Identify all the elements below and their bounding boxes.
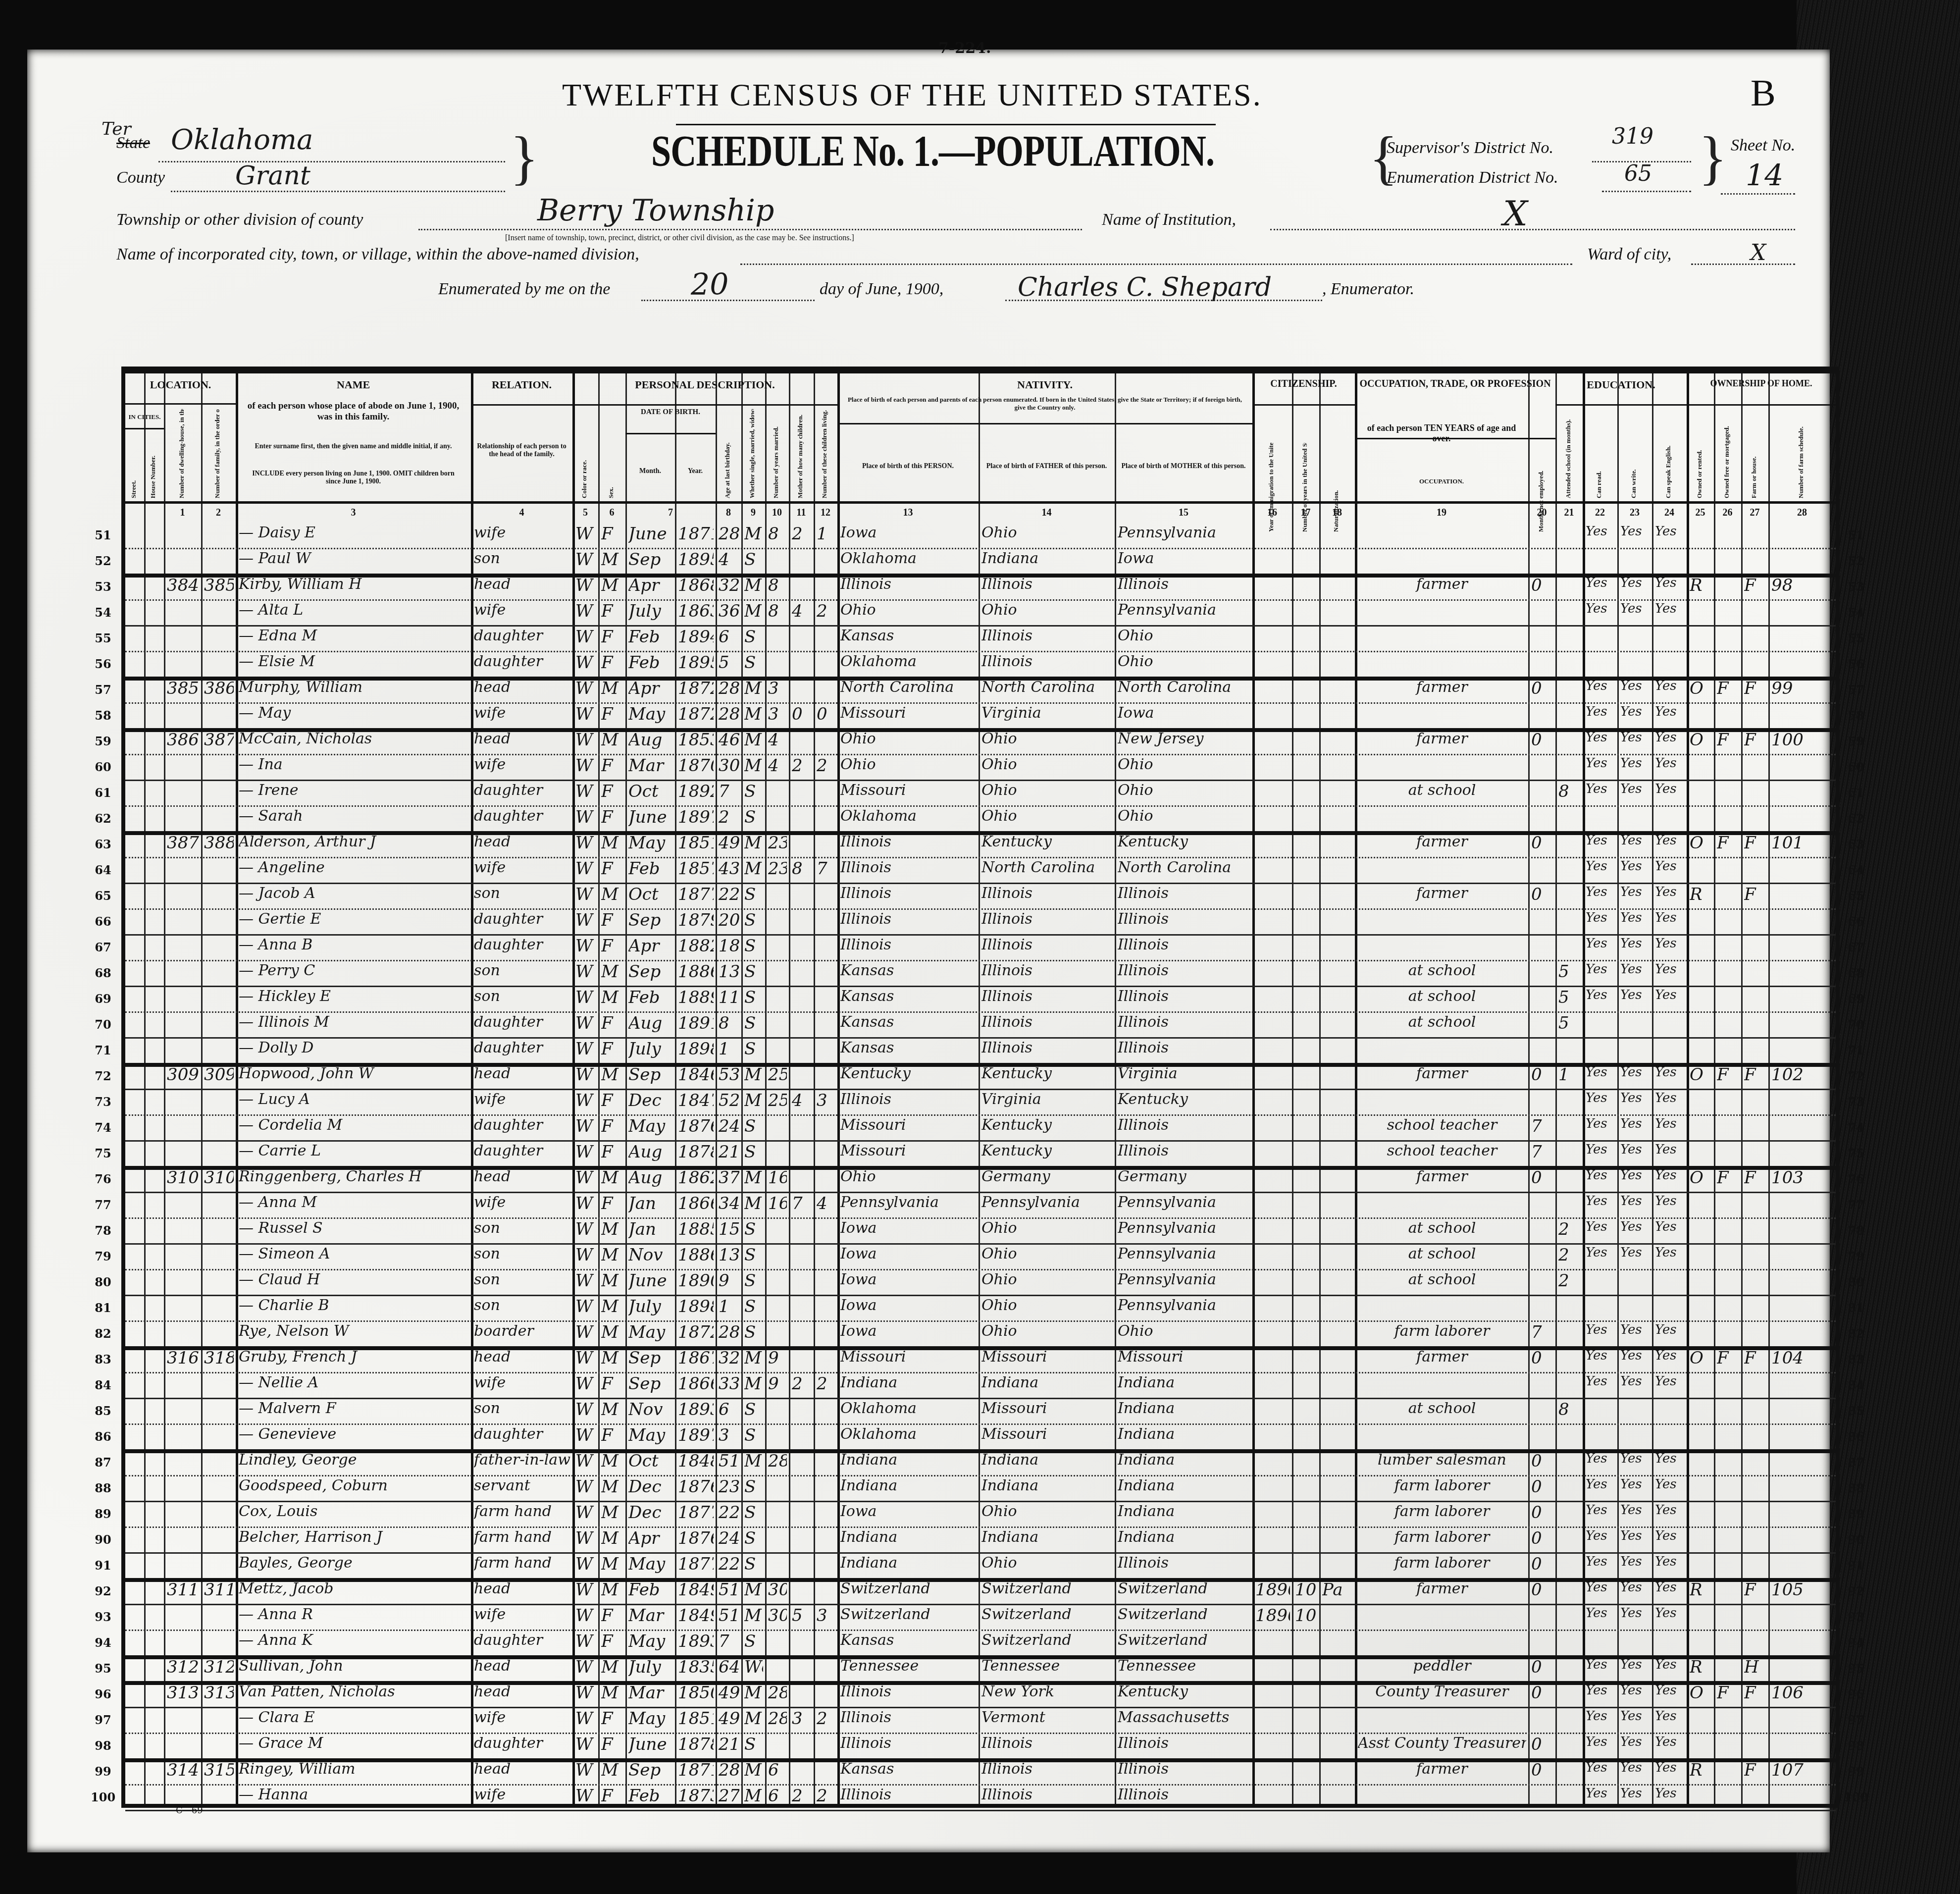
- table-row: — Daisy EwifeWFJune187128M821IowaOhioPen…: [125, 522, 1836, 549]
- cell-bp: Missouri: [840, 1142, 977, 1159]
- cell-year: 1872: [678, 704, 714, 724]
- cell-month: Nov: [628, 1245, 673, 1265]
- cell-color: W: [575, 859, 596, 879]
- cell-age: 15: [719, 1219, 739, 1239]
- line-number-left: 98: [91, 1738, 115, 1753]
- cell-name: — Gertie E: [239, 910, 469, 928]
- column-number: 17: [1296, 507, 1316, 519]
- cell-fam: 315: [204, 1760, 234, 1780]
- vertical-header-imm: Year of immigration to the United States…: [1267, 443, 1275, 532]
- township-note: [Insert name of township, town, precinct…: [505, 234, 854, 243]
- enumerated-suffix: day of June, 1900,: [820, 280, 943, 299]
- cell-mar: M: [744, 601, 763, 621]
- cell-mu: 0: [1531, 1503, 1553, 1523]
- sheet-line: [1721, 193, 1795, 195]
- line-number-right: 69: [1844, 992, 1868, 1006]
- cell-dw: 316: [167, 1348, 199, 1368]
- date-of-birth-header: DATE OF BIRTH.: [625, 408, 716, 417]
- vertical-header-color: Color or race.: [580, 409, 588, 498]
- cell-rel: daughter: [474, 807, 570, 825]
- cell-month: Feb: [628, 988, 673, 1007]
- line-number-left: 53: [91, 579, 115, 594]
- table-row: — HannawifeWFFeb187327M622IllinoisIllino…: [125, 1784, 1836, 1811]
- schedule-title: SCHEDULE No. 1.—POPULATION.: [651, 126, 1214, 176]
- table-row: — Anna BdaughterWFApr188218SIllinoisIlli…: [125, 934, 1836, 961]
- cell-cl: 2: [817, 601, 835, 621]
- cell-sch: 2: [1558, 1219, 1581, 1239]
- cell-en: Yes: [1655, 704, 1685, 719]
- line-number-right: 92: [1844, 1584, 1868, 1598]
- table-row: 387388Alderson, Arthur JheadWMMay185149M…: [125, 831, 1836, 858]
- cell-mbp: Iowa: [1118, 550, 1250, 567]
- cell-color: W: [575, 1683, 596, 1703]
- cell-sex: M: [601, 679, 623, 698]
- cell-fbp: Indiana: [981, 550, 1113, 567]
- cell-color: W: [575, 1271, 596, 1291]
- column-number: 23: [1625, 507, 1645, 519]
- line-number-right: 95: [1844, 1661, 1868, 1676]
- cell-sex: M: [601, 1760, 623, 1780]
- cell-mbp: Pennsylvania: [1118, 524, 1250, 541]
- line-number-left: 64: [91, 863, 115, 877]
- cell-age: 22: [719, 1503, 739, 1523]
- group-name: NAME: [236, 378, 471, 391]
- state-prefix: Ter: [102, 119, 131, 139]
- cell-mar: M: [744, 576, 763, 595]
- cell-age: 7: [719, 782, 739, 801]
- cell-en: Yes: [1655, 1322, 1685, 1337]
- cell-rd: Yes: [1586, 1374, 1615, 1389]
- cell-color: W: [575, 1554, 596, 1574]
- cell-sex: M: [601, 1451, 623, 1471]
- cell-wr: Yes: [1620, 1657, 1650, 1672]
- cell-ym: 23: [768, 859, 787, 879]
- cell-fs: 101: [1771, 833, 1834, 853]
- vertical-header-house: House Number.: [149, 409, 157, 498]
- institution-line: [1270, 229, 1795, 230]
- cell-en: Yes: [1655, 1683, 1685, 1698]
- cell-mbp: Ohio: [1118, 807, 1250, 825]
- cell-month: Sep: [628, 962, 673, 982]
- cell-age: 51: [719, 1580, 739, 1600]
- cell-mbp: Switzerland: [1118, 1631, 1250, 1649]
- cell-rd: Yes: [1586, 1657, 1615, 1672]
- cell-sex: M: [601, 1348, 623, 1368]
- cell-en: Yes: [1655, 1503, 1685, 1518]
- cell-year: 1849: [678, 1606, 714, 1626]
- cell-own: R: [1690, 1580, 1712, 1600]
- cell-wr: Yes: [1620, 1503, 1650, 1518]
- cell-occ: farmer: [1358, 1760, 1526, 1778]
- cell-rd: Yes: [1586, 576, 1615, 590]
- cell-rd: Yes: [1586, 1580, 1615, 1595]
- cell-fbp: Germany: [981, 1168, 1113, 1185]
- cell-fbp: Ohio: [981, 1271, 1113, 1288]
- vertical-header-fam: Number of family, in the order of visita…: [213, 409, 221, 498]
- line-number-right: 52: [1844, 554, 1868, 568]
- cell-moc: 2: [792, 1374, 812, 1394]
- cell-color: W: [575, 1400, 596, 1420]
- line-number-left: 73: [91, 1095, 115, 1109]
- cell-name: — Grace M: [239, 1735, 469, 1752]
- state-value: Oklahoma: [171, 124, 313, 156]
- cell-cl: 7: [817, 859, 835, 879]
- cell-fh: F: [1744, 1760, 1766, 1780]
- line-number-left: 78: [91, 1223, 115, 1238]
- cell-mar: M: [744, 756, 763, 776]
- cell-en: Yes: [1655, 1065, 1685, 1080]
- line-number-right: 83: [1844, 1352, 1868, 1367]
- cell-year: 1897: [678, 807, 714, 827]
- table-row: — Paul WsonWMSep18954SOklahomaIndianaIow…: [125, 548, 1836, 578]
- cell-age: 28: [719, 679, 739, 698]
- cell-fbp: Illinois: [981, 1013, 1113, 1031]
- line-number-left: 62: [91, 811, 115, 826]
- cell-color: W: [575, 601, 596, 621]
- cell-month: Aug: [628, 1013, 673, 1033]
- cell-color: W: [575, 1606, 596, 1626]
- cell-rd: Yes: [1586, 1219, 1615, 1234]
- cell-color: W: [575, 550, 596, 570]
- cell-mbp: Illinois: [1118, 885, 1250, 902]
- cell-rd: Yes: [1586, 1554, 1615, 1569]
- cell-mu: 0: [1531, 1760, 1553, 1780]
- cell-mar: M: [744, 679, 763, 698]
- cell-en: Yes: [1655, 1245, 1685, 1260]
- cell-rd: Yes: [1586, 1451, 1615, 1466]
- cell-mbp: Switzerland: [1118, 1606, 1250, 1623]
- cell-rd: Yes: [1586, 679, 1615, 693]
- cell-mar: M: [744, 1065, 763, 1085]
- cell-rd: Yes: [1586, 1735, 1615, 1749]
- cell-mu: 0: [1531, 1528, 1553, 1548]
- cell-en: Yes: [1655, 730, 1685, 745]
- cell-rel: wife: [474, 859, 570, 876]
- cell-rel: head: [474, 679, 570, 696]
- cell-fm: F: [1717, 1065, 1739, 1085]
- cell-ym: 8: [768, 524, 787, 544]
- cell-bp: Iowa: [840, 1271, 977, 1288]
- cell-age: 21: [719, 1735, 739, 1754]
- cell-sex: F: [601, 653, 623, 673]
- line-number-right: 90: [1844, 1532, 1868, 1547]
- cell-fbp: Kentucky: [981, 1065, 1113, 1082]
- cell-en: Yes: [1655, 1451, 1685, 1466]
- cell-bp: Iowa: [840, 1219, 977, 1237]
- supervisor-value: 319: [1612, 124, 1653, 149]
- cell-yus: 10: [1295, 1580, 1317, 1600]
- cell-year: 1851: [678, 833, 714, 853]
- cell-bp: Illinois: [840, 576, 977, 593]
- cell-en: Yes: [1655, 756, 1685, 771]
- cell-month: May: [628, 1554, 673, 1574]
- cell-rel: daughter: [474, 1425, 570, 1443]
- line-number-right: 56: [1844, 657, 1868, 671]
- cell-mbp: Illinois: [1118, 910, 1250, 928]
- census-sheet: 7-224. TWELFTH CENSUS OF THE UNITED STAT…: [27, 50, 1830, 1852]
- cell-color: W: [575, 1580, 596, 1600]
- cell-fbp: Missouri: [981, 1425, 1113, 1443]
- cell-age: 28: [719, 1322, 739, 1342]
- table-row: — Alta LwifeWFJuly186336M842OhioOhioPenn…: [125, 599, 1836, 627]
- cell-en: Yes: [1655, 1091, 1685, 1105]
- cell-color: W: [575, 782, 596, 801]
- cell-fbp: Kentucky: [981, 1116, 1113, 1134]
- population-table: LOCATION.IN CITIES.NAMEof each person wh…: [121, 367, 1840, 1808]
- cell-sex: F: [601, 1631, 623, 1651]
- cell-year: 1866: [678, 1194, 714, 1213]
- cell-fbp: Ohio: [981, 1322, 1113, 1340]
- cell-wr: Yes: [1620, 1786, 1650, 1801]
- cell-fbp: Illinois: [981, 576, 1113, 593]
- cell-year: 1847: [678, 1091, 714, 1110]
- cell-mbp: Kentucky: [1118, 1683, 1250, 1700]
- cell-bp: Missouri: [840, 704, 977, 722]
- cell-wr: Yes: [1620, 885, 1650, 899]
- cell-sch: 1: [1558, 1065, 1581, 1085]
- cell-rel: daughter: [474, 1116, 570, 1134]
- cell-wr: Yes: [1620, 1554, 1650, 1569]
- cell-color: W: [575, 679, 596, 698]
- cell-age: 33: [719, 1374, 739, 1394]
- cell-name: — Daisy E: [239, 524, 469, 541]
- table-row: — Lucy AwifeWFDec184752M2543IllinoisVirg…: [125, 1089, 1836, 1116]
- cell-rel: son: [474, 962, 570, 979]
- cell-color: W: [575, 730, 596, 750]
- column-number: 28: [1792, 507, 1812, 519]
- cell-color: W: [575, 936, 596, 956]
- line-number-left: 82: [91, 1326, 115, 1341]
- cell-fh: F: [1744, 576, 1766, 595]
- vertical-header-wr: Can write.: [1630, 409, 1638, 498]
- cell-dw: 386: [167, 730, 199, 750]
- cell-year: 1895: [678, 653, 714, 673]
- cell-mar: S: [744, 1297, 763, 1316]
- line-number-right: 67: [1844, 940, 1868, 954]
- cell-own: O: [1690, 730, 1712, 750]
- table-row: — MaywifeWFMay187228M300MissouriVirginia…: [125, 702, 1836, 732]
- cell-year: 1848: [678, 1451, 714, 1471]
- line-number-left: 63: [91, 837, 115, 851]
- cell-mar: M: [744, 1580, 763, 1600]
- cell-name: — Illinois M: [239, 1013, 469, 1031]
- line-number-left: 99: [91, 1764, 115, 1779]
- cell-fs: 102: [1771, 1065, 1834, 1085]
- cell-year: 1853: [678, 730, 714, 750]
- cell-age: 49: [719, 833, 739, 853]
- city-label: Name of incorporated city, town, or vill…: [116, 245, 639, 264]
- table-row: Belcher, Harrison Jfarm handWMApr187624S…: [125, 1526, 1836, 1554]
- line-number-right: 61: [1844, 786, 1868, 800]
- cell-color: W: [575, 653, 596, 673]
- cell-sex: M: [601, 833, 623, 853]
- cell-cl: 2: [817, 756, 835, 776]
- line-number-left: 68: [91, 966, 115, 980]
- cell-fs: 104: [1771, 1348, 1834, 1368]
- cell-age: 1: [719, 1039, 739, 1059]
- cell-bp: Ohio: [840, 756, 977, 773]
- cell-mu: 0: [1531, 1065, 1553, 1085]
- cell-year: 1893: [678, 1400, 714, 1420]
- cell-fam: 312: [204, 1657, 234, 1677]
- vertical-header-fs: Number of farm schedule.: [1797, 409, 1805, 498]
- cell-name: Gruby, French J: [239, 1348, 469, 1366]
- cell-year: 1897: [678, 1425, 714, 1445]
- column-number: 2: [208, 507, 228, 519]
- supervisor-label: Supervisor's District No.: [1387, 139, 1553, 158]
- cell-fbp: Illinois: [981, 988, 1113, 1005]
- cell-sex: F: [601, 601, 623, 621]
- cell-wr: Yes: [1620, 524, 1650, 539]
- header-divider: [1555, 404, 1687, 406]
- cell-rd: Yes: [1586, 1709, 1615, 1724]
- line-number-left: 94: [91, 1635, 115, 1650]
- cell-name: Van Patten, Nicholas: [239, 1683, 469, 1700]
- cell-age: 1: [719, 1297, 739, 1316]
- cell-color: W: [575, 1786, 596, 1806]
- cell-ym: 6: [768, 1786, 787, 1806]
- cell-rd: Yes: [1586, 962, 1615, 977]
- cell-sex: M: [601, 1528, 623, 1548]
- cell-year: 1886: [678, 962, 714, 982]
- vertical-header-mar: Whether single, married, widowed, or div…: [748, 409, 756, 498]
- cell-occ: at school: [1358, 1013, 1526, 1031]
- cell-sex: M: [601, 730, 623, 750]
- cell-occ: farmer: [1358, 1580, 1526, 1597]
- line-number-left: 77: [91, 1198, 115, 1212]
- line-number-right: 53: [1844, 579, 1868, 594]
- cell-cl: 2: [817, 1709, 835, 1729]
- column-number: 21: [1559, 507, 1579, 519]
- cell-en: Yes: [1655, 782, 1685, 796]
- cell-year: 1882: [678, 936, 714, 956]
- group-personal-description: PERSONAL DESCRIPTION.: [572, 378, 837, 391]
- cell-rel: farm hand: [474, 1503, 570, 1520]
- cell-color: W: [575, 1760, 596, 1780]
- cell-name: Hopwood, John W: [239, 1065, 469, 1082]
- line-number-left: 57: [91, 683, 115, 697]
- cell-color: W: [575, 576, 596, 595]
- cell-age: 28: [719, 704, 739, 724]
- cell-mar: S: [744, 936, 763, 956]
- cell-fbp: North Carolina: [981, 679, 1113, 696]
- cell-year: 1872: [678, 679, 714, 698]
- township-label: Township or other division of county: [116, 210, 363, 229]
- cell-rel: wife: [474, 1606, 570, 1623]
- cell-month: June: [628, 524, 673, 544]
- cell-mu: 7: [1531, 1142, 1553, 1162]
- line-number-right: 60: [1844, 760, 1868, 774]
- header-divider: [572, 404, 837, 406]
- line-number-right: 58: [1844, 708, 1868, 723]
- cell-mar: M: [744, 1348, 763, 1368]
- cell-name: — Dolly D: [239, 1039, 469, 1056]
- cell-wr: Yes: [1620, 910, 1650, 925]
- cell-cl: 3: [817, 1606, 835, 1626]
- cell-age: 22: [719, 1554, 739, 1574]
- vertical-header-mu: Months not employed.: [1537, 443, 1545, 532]
- cell-bp: Iowa: [840, 1245, 977, 1263]
- cell-mar: M: [744, 704, 763, 724]
- cell-rel: head: [474, 1760, 570, 1778]
- cell-sch: 5: [1558, 962, 1581, 982]
- cell-name: — Ina: [239, 756, 469, 773]
- cell-sex: M: [601, 988, 623, 1007]
- cell-mbp: Pennsylvania: [1118, 1297, 1250, 1314]
- column-number: 10: [767, 507, 787, 519]
- cell-nat: Pa: [1322, 1580, 1353, 1600]
- cell-bp: Indiana: [840, 1374, 977, 1391]
- cell-age: 36: [719, 601, 739, 621]
- cell-rel: daughter: [474, 653, 570, 670]
- cell-wr: Yes: [1620, 730, 1650, 745]
- table-row: — IrenedaughterWFOct18927SMissouriOhioOh…: [125, 780, 1836, 807]
- cell-occ: farmer: [1358, 1348, 1526, 1366]
- cell-rel: son: [474, 1400, 570, 1417]
- cell-en: Yes: [1655, 1348, 1685, 1363]
- cell-ym: 3: [768, 704, 787, 724]
- line-number-right: 86: [1844, 1429, 1868, 1444]
- cell-occ: school teacher: [1358, 1116, 1526, 1134]
- cell-ym: 9: [768, 1348, 787, 1368]
- cell-mu: 0: [1531, 730, 1553, 750]
- line-number-left: 92: [91, 1584, 115, 1598]
- cell-sex: F: [601, 1374, 623, 1394]
- cell-month: Aug: [628, 730, 673, 750]
- header-divider: [1252, 404, 1355, 406]
- cell-name: — Hanna: [239, 1786, 469, 1803]
- line-number-right: 72: [1844, 1069, 1868, 1083]
- cell-sex: F: [601, 782, 623, 801]
- cell-rd: Yes: [1586, 1683, 1615, 1698]
- cell-rel: daughter: [474, 1735, 570, 1752]
- column-number: 5: [575, 507, 595, 519]
- column-number: 9: [743, 507, 763, 519]
- cell-sex: F: [601, 756, 623, 776]
- cell-mbp: Indiana: [1118, 1374, 1250, 1391]
- cell-rel: head: [474, 576, 570, 593]
- cell-month: Sep: [628, 1374, 673, 1394]
- cell-sex: M: [601, 1683, 623, 1703]
- cell-color: W: [575, 807, 596, 827]
- cell-fm: F: [1717, 1348, 1739, 1368]
- cell-year: 1891: [678, 1013, 714, 1033]
- cell-wr: Yes: [1620, 936, 1650, 951]
- cell-rel: head: [474, 1683, 570, 1700]
- cell-month: Oct: [628, 782, 673, 801]
- cell-name: — Lucy A: [239, 1091, 469, 1108]
- vertical-header-fh: Farm or house.: [1750, 409, 1758, 498]
- cell-month: May: [628, 1116, 673, 1136]
- line-number-left: 66: [91, 914, 115, 929]
- vertical-header-fm: Owned free or mortgaged.: [1723, 409, 1731, 498]
- cell-fam: 313: [204, 1683, 234, 1703]
- cell-en: Yes: [1655, 1760, 1685, 1775]
- cell-rel: daughter: [474, 936, 570, 953]
- cell-name: — Simeon A: [239, 1245, 469, 1263]
- cell-moc: 8: [792, 859, 812, 879]
- cell-ym: 30: [768, 1580, 787, 1600]
- cell-mbp: Virginia: [1118, 1065, 1250, 1082]
- cell-color: W: [575, 1657, 596, 1677]
- line-number-left: 97: [91, 1713, 115, 1727]
- cell-name: — Russel S: [239, 1219, 469, 1237]
- cell-fbp: Illinois: [981, 1735, 1113, 1752]
- cell-month: July: [628, 1039, 673, 1059]
- cell-month: Feb: [628, 859, 673, 879]
- cell-fbp: Illinois: [981, 910, 1113, 928]
- cell-rd: Yes: [1586, 1477, 1615, 1492]
